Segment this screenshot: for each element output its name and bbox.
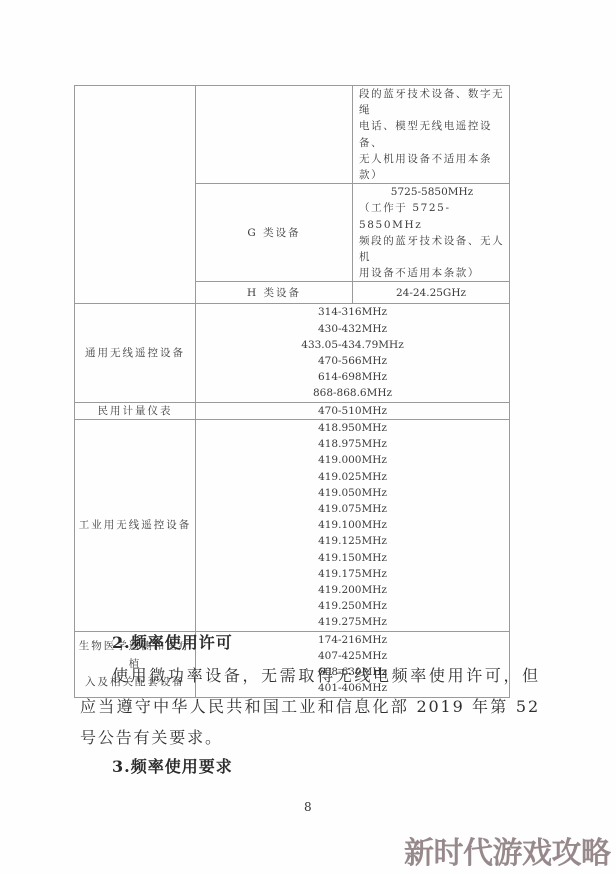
frequency: 470-566MHz — [196, 353, 509, 369]
frequency: 430-432MHz — [196, 321, 509, 337]
table-row-civil-meter: 民用计量仪表 470-510MHz — [75, 402, 510, 419]
note-line: （工作于 5725-5850MHz — [359, 200, 505, 232]
table-row-general-remote: 通用无线遥控设备 314-316MHz 430-432MHz 433.05-43… — [75, 304, 510, 402]
page-number: 8 — [304, 800, 312, 814]
frequency: 419.100MHz — [196, 517, 509, 533]
frequency: 433.05-434.79MHz — [196, 337, 509, 353]
table-row: 段的蓝牙技术设备、数字无绳 电话、模型无线电遥控设备、 无人机用设备不适用本条款… — [75, 86, 510, 184]
frequency: 419.000MHz — [196, 452, 509, 468]
frequency: 614-698MHz — [196, 369, 509, 385]
section-heading-frequency-requirements: 3.频率使用要求 — [112, 754, 233, 777]
frequency: 419.075MHz — [196, 501, 509, 517]
category-cell: 工业用无线遥控设备 — [75, 419, 196, 631]
frequency: 314-316MHz — [196, 304, 509, 320]
note-line: 用设备不适用本条款） — [359, 265, 505, 281]
frequency: 419.050MHz — [196, 485, 509, 501]
frequency: 418.975MHz — [196, 436, 509, 452]
frequency: 419.175MHz — [196, 566, 509, 582]
frequency-cell: 470-510MHz — [196, 402, 510, 419]
frequency-list-cell: 418.950MHz 418.975MHz 419.000MHz 419.025… — [196, 419, 510, 631]
frequency: 419.275MHz — [196, 614, 509, 630]
frequency: 419.200MHz — [196, 582, 509, 598]
frequency-table: 段的蓝牙技术设备、数字无绳 电话、模型无线电遥控设备、 无人机用设备不适用本条款… — [74, 85, 510, 698]
device-class-cell: G 类设备 — [196, 184, 353, 282]
frequency-cell: 24-24.25GHz — [353, 282, 510, 304]
note-cell: 5725-5850MHz （工作于 5725-5850MHz 频段的蓝牙技术设备… — [353, 184, 510, 282]
frequency: 5725-5850MHz — [359, 184, 505, 200]
note-line: 无人机用设备不适用本条款） — [359, 151, 505, 183]
frequency: 419.025MHz — [196, 469, 509, 485]
device-class-cell — [196, 86, 353, 184]
category-cell: 民用计量仪表 — [75, 402, 196, 419]
section-heading-frequency-license: 2.频率使用许可 — [112, 630, 233, 653]
note-line: 电话、模型无线电遥控设备、 — [359, 118, 505, 150]
category-cell — [75, 86, 196, 304]
frequency: 419.125MHz — [196, 533, 509, 549]
document-page: 段的蓝牙技术设备、数字无绳 电话、模型无线电遥控设备、 无人机用设备不适用本条款… — [0, 0, 616, 874]
frequency: 419.250MHz — [196, 598, 509, 614]
frequency: 419.150MHz — [196, 550, 509, 566]
device-class-cell: H 类设备 — [196, 282, 353, 304]
table-row-industrial-remote: 工业用无线遥控设备 418.950MHz 418.975MHz 419.000M… — [75, 419, 510, 631]
frequency: 174-216MHz — [196, 632, 509, 648]
frequency-list-cell: 314-316MHz 430-432MHz 433.05-434.79MHz 4… — [196, 304, 510, 402]
category-cell: 通用无线遥控设备 — [75, 304, 196, 402]
note-cell: 段的蓝牙技术设备、数字无绳 电话、模型无线电遥控设备、 无人机用设备不适用本条款… — [353, 86, 510, 184]
frequency: 418.950MHz — [196, 420, 509, 436]
frequency: 868-868.6MHz — [196, 385, 509, 401]
section-paragraph-frequency-license: 使用微功率设备，无需取得无线电频率使用许可，但应当遵守中华人民共和国工业和信息化… — [80, 660, 540, 753]
note-line: 频段的蓝牙技术设备、无人机 — [359, 233, 505, 265]
watermark-text: 新时代游戏攻略 — [404, 828, 611, 872]
note-line: 段的蓝牙技术设备、数字无绳 — [359, 86, 505, 118]
